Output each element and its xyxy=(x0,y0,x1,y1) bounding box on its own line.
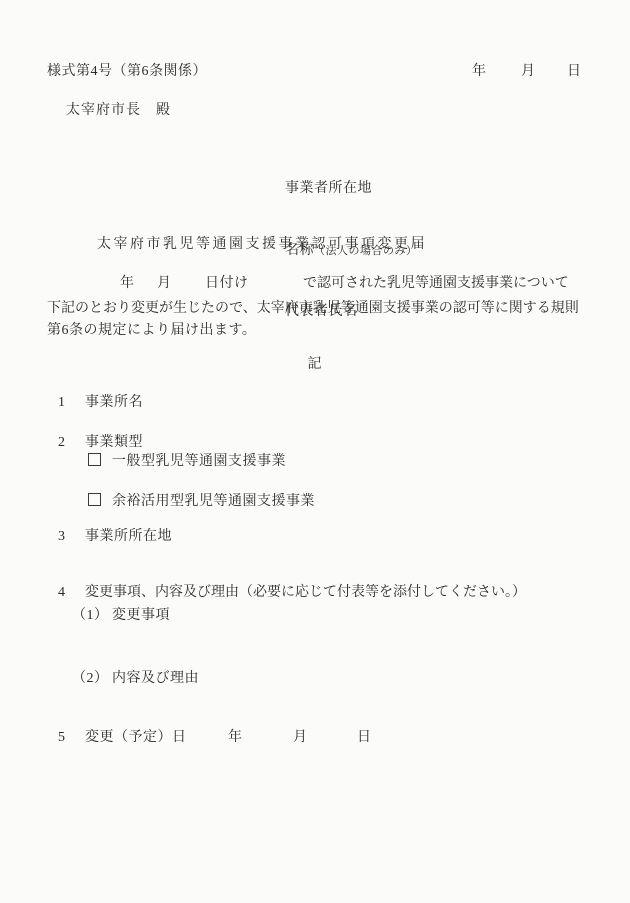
business-type-option-surplus: 余裕活用型乳児等通園支援事業 xyxy=(88,492,315,512)
item-4-sub-1: （1）変更事項 xyxy=(72,606,170,626)
document-title: 太宰府市乳児等通園支援事業認可事項変更届 xyxy=(97,235,427,255)
checkbox-general-type-label: 一般型乳児等通園支援事業 xyxy=(112,454,286,469)
body-date-year: 年 xyxy=(120,274,135,294)
item-1: 1事業所名 xyxy=(58,393,143,413)
record-mark: 記 xyxy=(0,355,630,375)
checkbox-general-type[interactable] xyxy=(88,453,101,466)
item-4-sub-2-number: （2） xyxy=(72,669,112,689)
header-date-month: 月 xyxy=(521,62,536,82)
body-line2: 下記のとおり変更が生じたので、太宰府市乳児等通園支援事業の認可等に関する規則 xyxy=(47,299,579,319)
header-date-day: 日 xyxy=(567,62,582,82)
addressee: 太宰府市長 殿 xyxy=(66,101,171,121)
header-date-year: 年 xyxy=(472,62,487,82)
form-number: 様式第4号（第6条関係） xyxy=(47,62,207,82)
item-5-day: 日 xyxy=(357,728,372,748)
item-4-sub-2: （2）内容及び理由 xyxy=(72,669,199,689)
sender-address-label: 事業者所在地 xyxy=(285,179,418,201)
body-date-month: 月 xyxy=(157,274,172,294)
item-4-sub-1-label: 変更事項 xyxy=(112,608,170,623)
body-date-dated: 日付け xyxy=(205,274,249,294)
item-2: 2事業類型 xyxy=(58,433,143,453)
item-5: 5変更（予定）日 xyxy=(58,728,187,748)
item-2-label: 事業類型 xyxy=(85,435,143,450)
business-type-option-general: 一般型乳児等通園支援事業 xyxy=(88,452,286,472)
item-1-number: 1 xyxy=(58,393,85,413)
item-4-number: 4 xyxy=(58,583,85,603)
body-line3: 第6条の規定により届け出ます。 xyxy=(47,321,256,341)
item-3: 3事業所所在地 xyxy=(58,527,172,547)
body-line1-rest: で認可された乳児等通園支援事業について xyxy=(303,274,569,294)
item-3-label: 事業所所在地 xyxy=(85,529,172,544)
item-5-label: 変更（予定）日 xyxy=(85,730,187,745)
item-3-number: 3 xyxy=(58,527,85,547)
item-1-label: 事業所名 xyxy=(85,395,143,410)
item-5-number: 5 xyxy=(58,728,85,748)
item-4-label: 変更事項、内容及び理由（必要に応じて付表等を添付してください。） xyxy=(85,585,526,600)
checkbox-surplus-type-label: 余裕活用型乳児等通園支援事業 xyxy=(112,494,315,509)
item-5-month: 月 xyxy=(293,728,308,748)
item-4-sub-2-label: 内容及び理由 xyxy=(112,671,199,686)
item-4-sub-1-number: （1） xyxy=(72,606,112,626)
item-4: 4変更事項、内容及び理由（必要に応じて付表等を添付してください。） xyxy=(58,583,526,603)
item-5-year: 年 xyxy=(228,728,243,748)
document-page: 様式第4号（第6条関係） 年 月 日 太宰府市長 殿 事業者所在地 名称（法人の… xyxy=(0,0,630,903)
checkbox-surplus-type[interactable] xyxy=(88,493,101,506)
item-2-number: 2 xyxy=(58,433,85,453)
